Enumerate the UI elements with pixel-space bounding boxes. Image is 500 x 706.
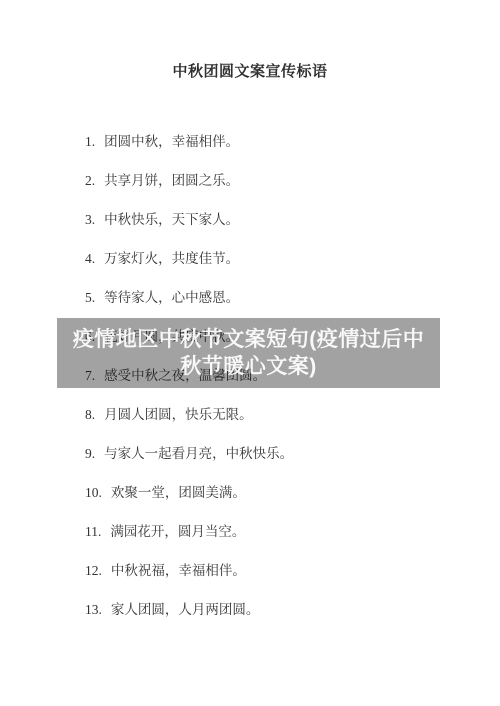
item-number: 9. bbox=[85, 434, 95, 473]
overlay-banner: 疫情地区中秋节文案短句(疫情过后中 秋节暖心文案) bbox=[57, 318, 440, 388]
list-item: 4.万家灯火，共度佳节。 bbox=[0, 239, 500, 278]
item-text: 与家人一起看月亮，中秋快乐。 bbox=[104, 446, 293, 461]
list-item: 5.等待家人，心中感恩。 bbox=[0, 278, 500, 317]
item-number: 11. bbox=[85, 512, 101, 551]
list-item: 12.中秋祝福，幸福相伴。 bbox=[0, 551, 500, 590]
item-text: 月圆人团圆，快乐无限。 bbox=[104, 407, 253, 422]
item-number: 10. bbox=[85, 473, 102, 512]
item-number: 8. bbox=[85, 395, 95, 434]
item-number: 2. bbox=[85, 161, 95, 200]
item-text: 中秋快乐，天下家人。 bbox=[104, 212, 239, 227]
list-item: 13.家人团圆，人月两团圆。 bbox=[0, 590, 500, 629]
list-item: 8.月圆人团圆，快乐无限。 bbox=[0, 395, 500, 434]
item-text: 家人团圆，人月两团圆。 bbox=[111, 602, 260, 617]
list-item: 10.欢聚一堂，团圆美满。 bbox=[0, 473, 500, 512]
item-text: 满园花开，圆月当空。 bbox=[110, 524, 245, 539]
overlay-title-line-1: 疫情地区中秋节文案短句(疫情过后中 bbox=[57, 326, 440, 353]
document-page: 中秋团圆文案宣传标语 1.团圆中秋，幸福相伴。 2.共享月饼，团圆之乐。 3.中… bbox=[0, 0, 500, 706]
item-text: 万家灯火，共度佳节。 bbox=[104, 251, 239, 266]
list-item: 1.团圆中秋，幸福相伴。 bbox=[0, 122, 500, 161]
item-number: 12. bbox=[85, 551, 102, 590]
item-text: 团圆中秋，幸福相伴。 bbox=[104, 134, 239, 149]
document-title: 中秋团圆文案宣传标语 bbox=[0, 60, 500, 81]
item-text: 欢聚一堂，团圆美满。 bbox=[111, 485, 246, 500]
list-item: 2.共享月饼，团圆之乐。 bbox=[0, 161, 500, 200]
item-number: 1. bbox=[85, 122, 95, 161]
list-item: 3.中秋快乐，天下家人。 bbox=[0, 200, 500, 239]
item-number: 4. bbox=[85, 239, 95, 278]
item-number: 3. bbox=[85, 200, 95, 239]
item-text: 共享月饼，团圆之乐。 bbox=[104, 173, 239, 188]
item-text: 中秋祝福，幸福相伴。 bbox=[111, 563, 246, 578]
item-number: 13. bbox=[85, 590, 102, 629]
list-item: 11.满园花开，圆月当空。 bbox=[0, 512, 500, 551]
list-item: 9.与家人一起看月亮，中秋快乐。 bbox=[0, 434, 500, 473]
item-number: 5. bbox=[85, 278, 95, 317]
overlay-title-line-2: 秋节暖心文案) bbox=[57, 353, 440, 380]
item-text: 等待家人，心中感恩。 bbox=[104, 290, 239, 305]
